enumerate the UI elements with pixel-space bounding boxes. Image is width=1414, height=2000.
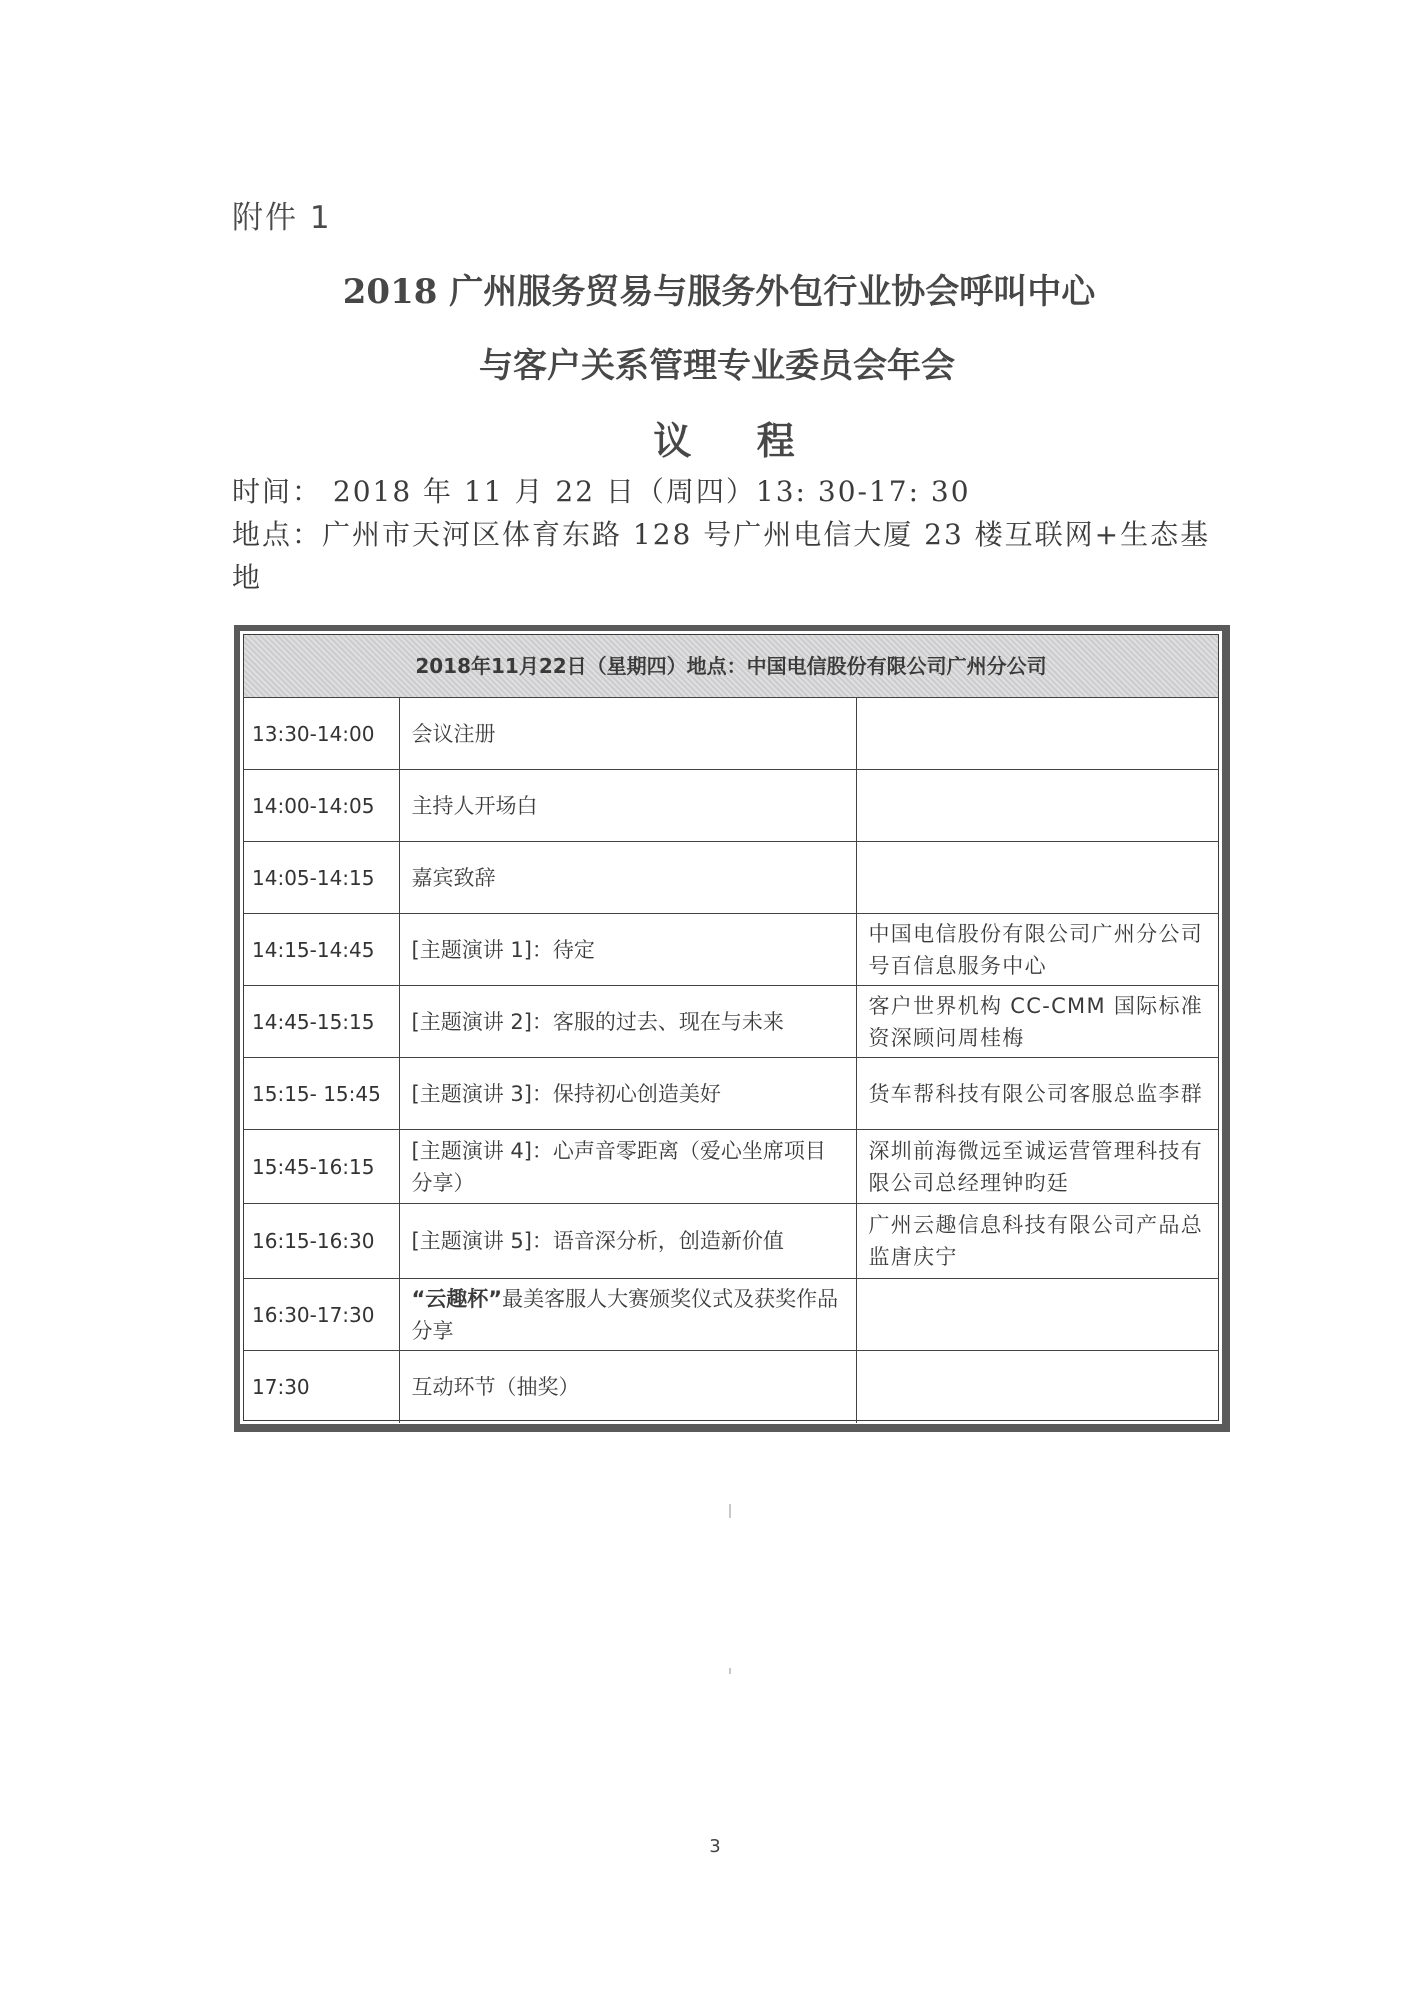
table-row: 14:45-15:15 [主题演讲 2]：客服的过去、现在与未来 客户世界机构 … [244, 986, 1218, 1058]
table-row: 17:30 互动环节（抽奖） [244, 1351, 1218, 1423]
row-topic: 互动环节（抽奖） [399, 1351, 856, 1423]
row-speaker [856, 770, 1218, 842]
row-time: 13:30-14:00 [244, 698, 399, 770]
row-time: 14:45-15:15 [244, 986, 399, 1058]
table-row: 14:00-14:05 主持人开场白 [244, 770, 1218, 842]
agenda-heading: 议 程 [0, 410, 1414, 465]
table-row: 16:15-16:30 [主题演讲 5]：语音深分析，创造新价值 广州云趣信息科… [244, 1204, 1218, 1279]
scan-artifact [729, 1504, 731, 1518]
table-row: 15:15- 15:45 [主题演讲 3]：保持初心创造美好 货车帮科技有限公司… [244, 1058, 1218, 1130]
agenda-table-frame: 2018年11月22日（星期四）地点：中国电信股份有限公司广州分公司 13:30… [234, 625, 1230, 1432]
row-speaker: 货车帮科技有限公司客服总监李群 [856, 1058, 1218, 1130]
row-topic: 主持人开场白 [399, 770, 856, 842]
row-speaker: 中国电信股份有限公司广州分公司号百信息服务中心 [856, 914, 1218, 986]
scan-artifact [729, 1668, 731, 1674]
row-time: 14:15-14:45 [244, 914, 399, 986]
row-speaker [856, 1351, 1218, 1423]
row-speaker: 深圳前海微远至诚运营管理科技有限公司总经理钟昀廷 [856, 1130, 1218, 1204]
document-title-line-2: 与客户关系管理专业委员会年会 [0, 338, 1414, 387]
table-row: 16:30-17:30 “云趣杯”最美客服人大赛颁奖仪式及获奖作品分享 [244, 1279, 1218, 1351]
table-row: 13:30-14:00 会议注册 [244, 698, 1218, 770]
agenda-table: 2018年11月22日（星期四）地点：中国电信股份有限公司广州分公司 13:30… [244, 635, 1218, 1423]
row-topic: [主题演讲 5]：语音深分析，创造新价值 [399, 1204, 856, 1279]
row-topic: [主题演讲 2]：客服的过去、现在与未来 [399, 986, 856, 1058]
row-topic: [主题演讲 3]：保持初心创造美好 [399, 1058, 856, 1130]
table-row: 14:15-14:45 [主题演讲 1]：待定 中国电信股份有限公司广州分公司号… [244, 914, 1218, 986]
row-topic: 嘉宾致辞 [399, 842, 856, 914]
table-row: 14:05-14:15 嘉宾致辞 [244, 842, 1218, 914]
row-time: 15:15- 15:45 [244, 1058, 399, 1130]
event-location: 地点：广州市天河区体育东路 128 号广州电信大厦 23 楼互联网+生态基地 [232, 513, 1232, 599]
row-topic: [主题演讲 1]：待定 [399, 914, 856, 986]
table-header: 2018年11月22日（星期四）地点：中国电信股份有限公司广州分公司 [244, 635, 1218, 698]
attachment-label: 附件 1 [232, 192, 332, 237]
row-speaker: 广州云趣信息科技有限公司产品总监唐庆宁 [856, 1204, 1218, 1279]
document-title-line-1: 2018 广州服务贸易与服务外包行业协会呼叫中心 [0, 264, 1414, 313]
table-row: 15:45-16:15 [主题演讲 4]：心声音零距离（爱心坐席项目分享） 深圳… [244, 1130, 1218, 1204]
award-name: “云趣杯” [412, 1287, 503, 1311]
row-time: 16:30-17:30 [244, 1279, 399, 1351]
row-time: 16:15-16:30 [244, 1204, 399, 1279]
row-topic: “云趣杯”最美客服人大赛颁奖仪式及获奖作品分享 [399, 1279, 856, 1351]
row-time: 15:45-16:15 [244, 1130, 399, 1204]
event-time: 时间： 2018 年 11 月 22 日（周四）13: 30-17: 30 [232, 470, 971, 513]
row-time: 14:05-14:15 [244, 842, 399, 914]
row-speaker: 客户世界机构 CC-CMM 国际标准资深顾问周桂梅 [856, 986, 1218, 1058]
row-speaker [856, 698, 1218, 770]
row-speaker [856, 842, 1218, 914]
row-topic: [主题演讲 4]：心声音零距离（爱心坐席项目分享） [399, 1130, 856, 1204]
row-time: 14:00-14:05 [244, 770, 399, 842]
row-topic: 会议注册 [399, 698, 856, 770]
row-speaker [856, 1279, 1218, 1351]
table-header-row: 2018年11月22日（星期四）地点：中国电信股份有限公司广州分公司 [244, 635, 1218, 698]
row-time: 17:30 [244, 1351, 399, 1423]
page-number: 3 [700, 1836, 730, 1857]
